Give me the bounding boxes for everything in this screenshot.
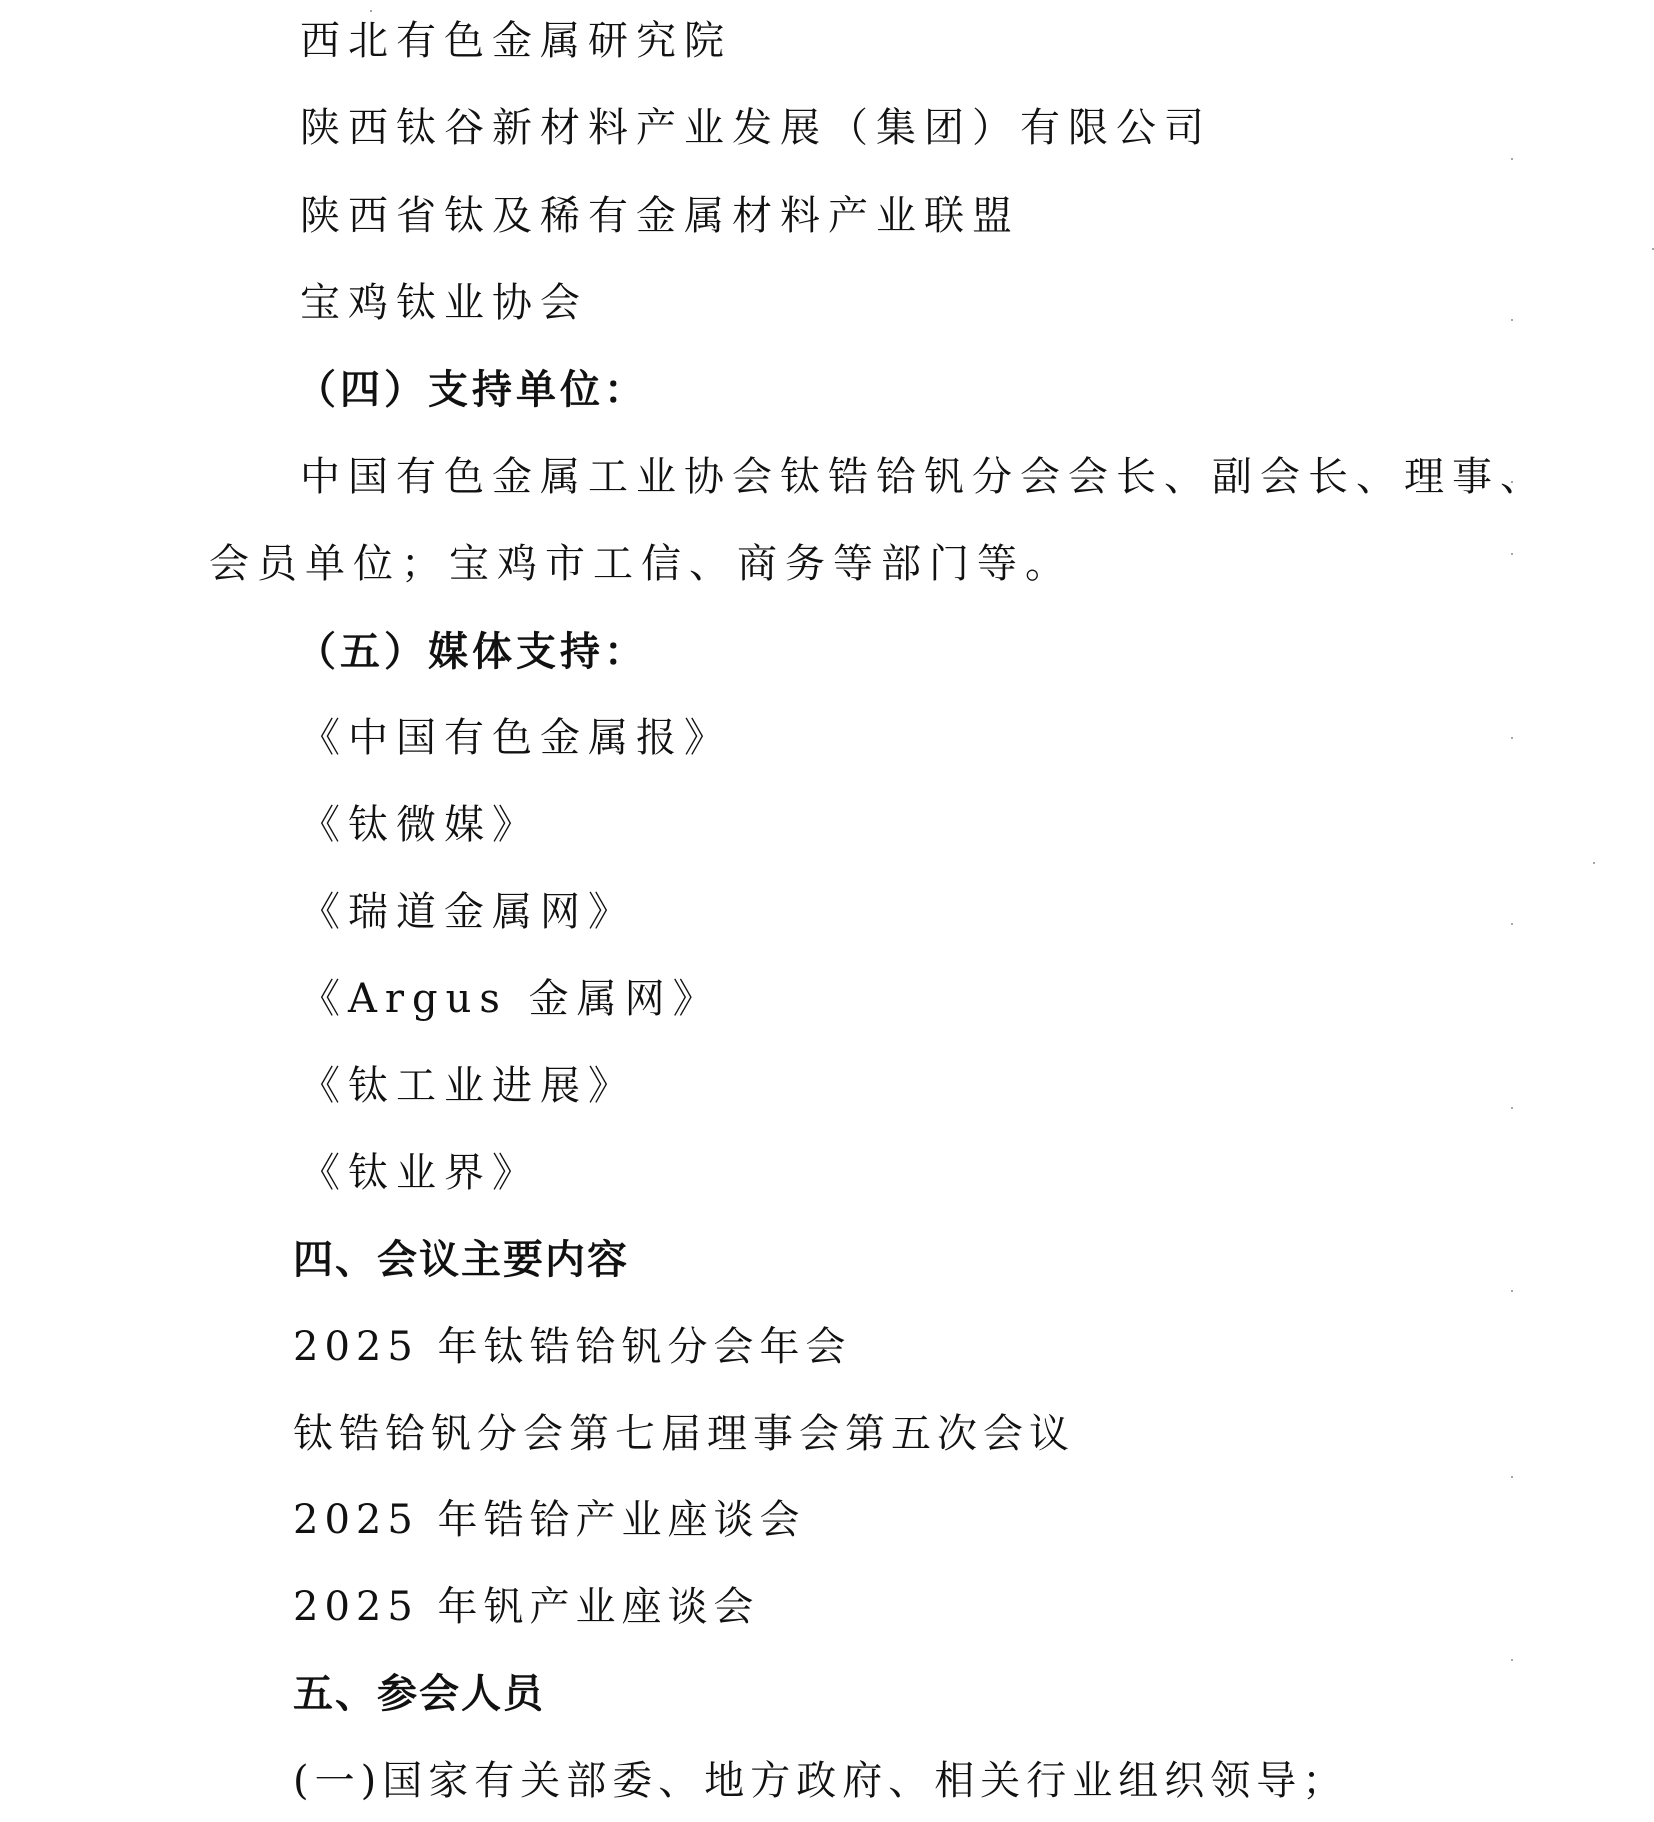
media-item: 《钛微媒》 [300, 801, 540, 849]
meeting-content-item: 2025 年钛锆铪钒分会年会 [293, 1323, 852, 1371]
meeting-content-item: 钛锆铪钒分会第七届理事会第五次会议 [293, 1410, 1075, 1458]
media-item: 《钛业界》 [300, 1149, 540, 1197]
scan-speck [1593, 862, 1595, 864]
scan-speck [1511, 158, 1513, 160]
scan-speck [1511, 737, 1513, 739]
scan-speck [1511, 1290, 1513, 1292]
supporting-units-heading: （四）支持单位： [296, 366, 648, 414]
supporting-units-text-continued: 会员单位；宝鸡市工信、商务等部门等。 [209, 540, 1073, 588]
attendee-item: (一)国家有关部委、地方政府、相关行业组织领导； [293, 1757, 1348, 1805]
supporting-units-text: 中国有色金属工业协会钛锆铪钒分会会长、副会长、理事、 [300, 453, 1548, 501]
section-four-heading: 四、会议主要内容 [293, 1236, 629, 1284]
scan-speck [1511, 923, 1513, 925]
media-item: 《Argus 金属网》 [300, 975, 721, 1023]
section-five-heading: 五、参会人员 [293, 1670, 545, 1718]
scan-speck [1511, 553, 1513, 555]
scan-speck [1511, 1659, 1513, 1661]
organizer-item: 西北有色金属研究院 [300, 17, 732, 65]
scan-speck [1511, 481, 1513, 483]
organizer-item: 宝鸡钛业协会 [300, 279, 588, 327]
scan-speck [1511, 1476, 1513, 1478]
media-support-heading: （五）媒体支持： [296, 628, 648, 676]
organizer-item: 陕西钛谷新材料产业发展（集团）有限公司 [300, 104, 1212, 152]
meeting-content-item: 2025 年钒产业座谈会 [293, 1583, 760, 1631]
media-item: 《钛工业进展》 [300, 1062, 636, 1110]
scan-speck [1511, 1107, 1513, 1109]
media-item: 《瑞道金属网》 [300, 888, 636, 936]
media-item: 《中国有色金属报》 [300, 714, 732, 762]
scan-speck [370, 10, 372, 12]
scan-speck [1511, 319, 1513, 321]
document-page: 西北有色金属研究院 陕西钛谷新材料产业发展（集团）有限公司 陕西省钛及稀有金属材… [0, 0, 1654, 1822]
organizer-item: 陕西省钛及稀有金属材料产业联盟 [300, 192, 1020, 240]
meeting-content-item: 2025 年锆铪产业座谈会 [293, 1496, 806, 1544]
